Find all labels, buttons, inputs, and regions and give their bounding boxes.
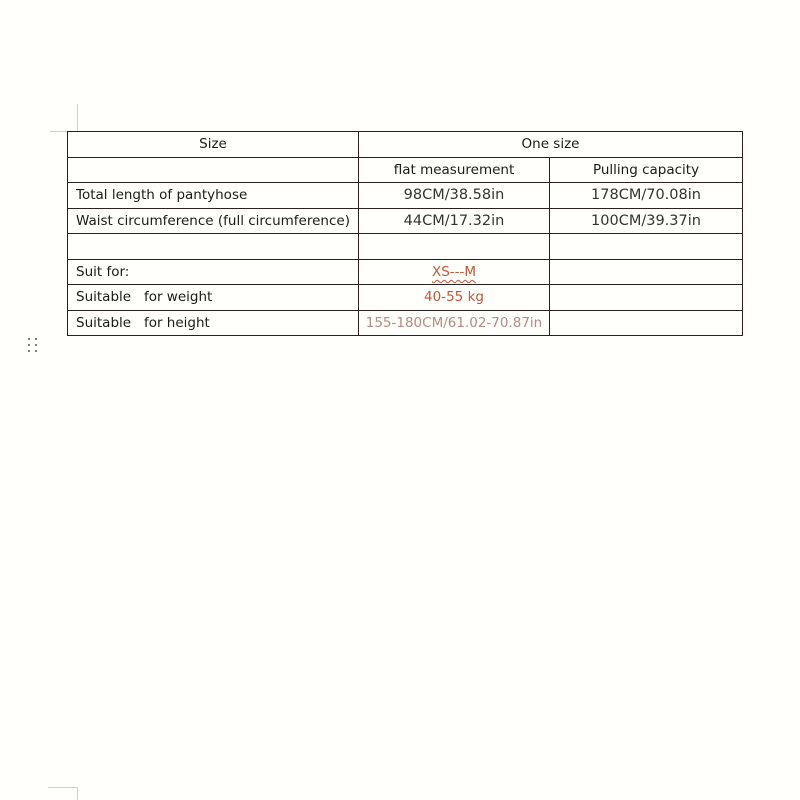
row-label: [68, 234, 359, 260]
pulling-value: [550, 310, 743, 336]
table-row: Suitable for weight 40-55 kg: [68, 285, 743, 311]
row-label: Suitable for weight: [68, 285, 359, 311]
table-row: Suitable for height 155-180CM/61.02-70.8…: [68, 310, 743, 336]
row-label: Suit for:: [68, 259, 359, 285]
pulling-value: 178CM/70.08in: [550, 183, 743, 209]
pulling-capacity-header: Pulling capacity: [550, 157, 743, 183]
pulling-value: [550, 234, 743, 260]
one-size-header: One size: [359, 132, 743, 158]
pulling-value: [550, 259, 743, 285]
flat-measurement-header: flat measurement: [359, 157, 550, 183]
weight-range-value: 40-55 kg: [359, 285, 550, 311]
drag-handle-icon[interactable]: [28, 338, 38, 354]
size-range-text: XS---M: [432, 264, 476, 280]
flat-value: 44CM/17.32in: [359, 208, 550, 234]
crop-mark: [77, 787, 78, 800]
crop-mark: [77, 104, 78, 131]
crop-mark: [48, 787, 77, 788]
height-range-value: 155-180CM/61.02-70.87in: [359, 310, 550, 336]
flat-value: 98CM/38.58in: [359, 183, 550, 209]
size-range-value: XS---M: [359, 259, 550, 285]
table-row: [68, 234, 743, 260]
table-row: Suit for: XS---M: [68, 259, 743, 285]
row-label: Waist circumference (full circumference): [68, 208, 359, 234]
empty-cell: [68, 157, 359, 183]
table-row: Total length of pantyhose 98CM/38.58in 1…: [68, 183, 743, 209]
row-label: Suitable for height: [68, 310, 359, 336]
pulling-value: 100CM/39.37in: [550, 208, 743, 234]
table-row: Waist circumference (full circumference)…: [68, 208, 743, 234]
size-header: Size: [68, 132, 359, 158]
pulling-value: [550, 285, 743, 311]
row-label: Total length of pantyhose: [68, 183, 359, 209]
table-subheader-row: flat measurement Pulling capacity: [68, 157, 743, 183]
flat-value: [359, 234, 550, 260]
table-header-row: Size One size: [68, 132, 743, 158]
size-chart-table: Size One size flat measurement Pulling c…: [67, 131, 743, 336]
